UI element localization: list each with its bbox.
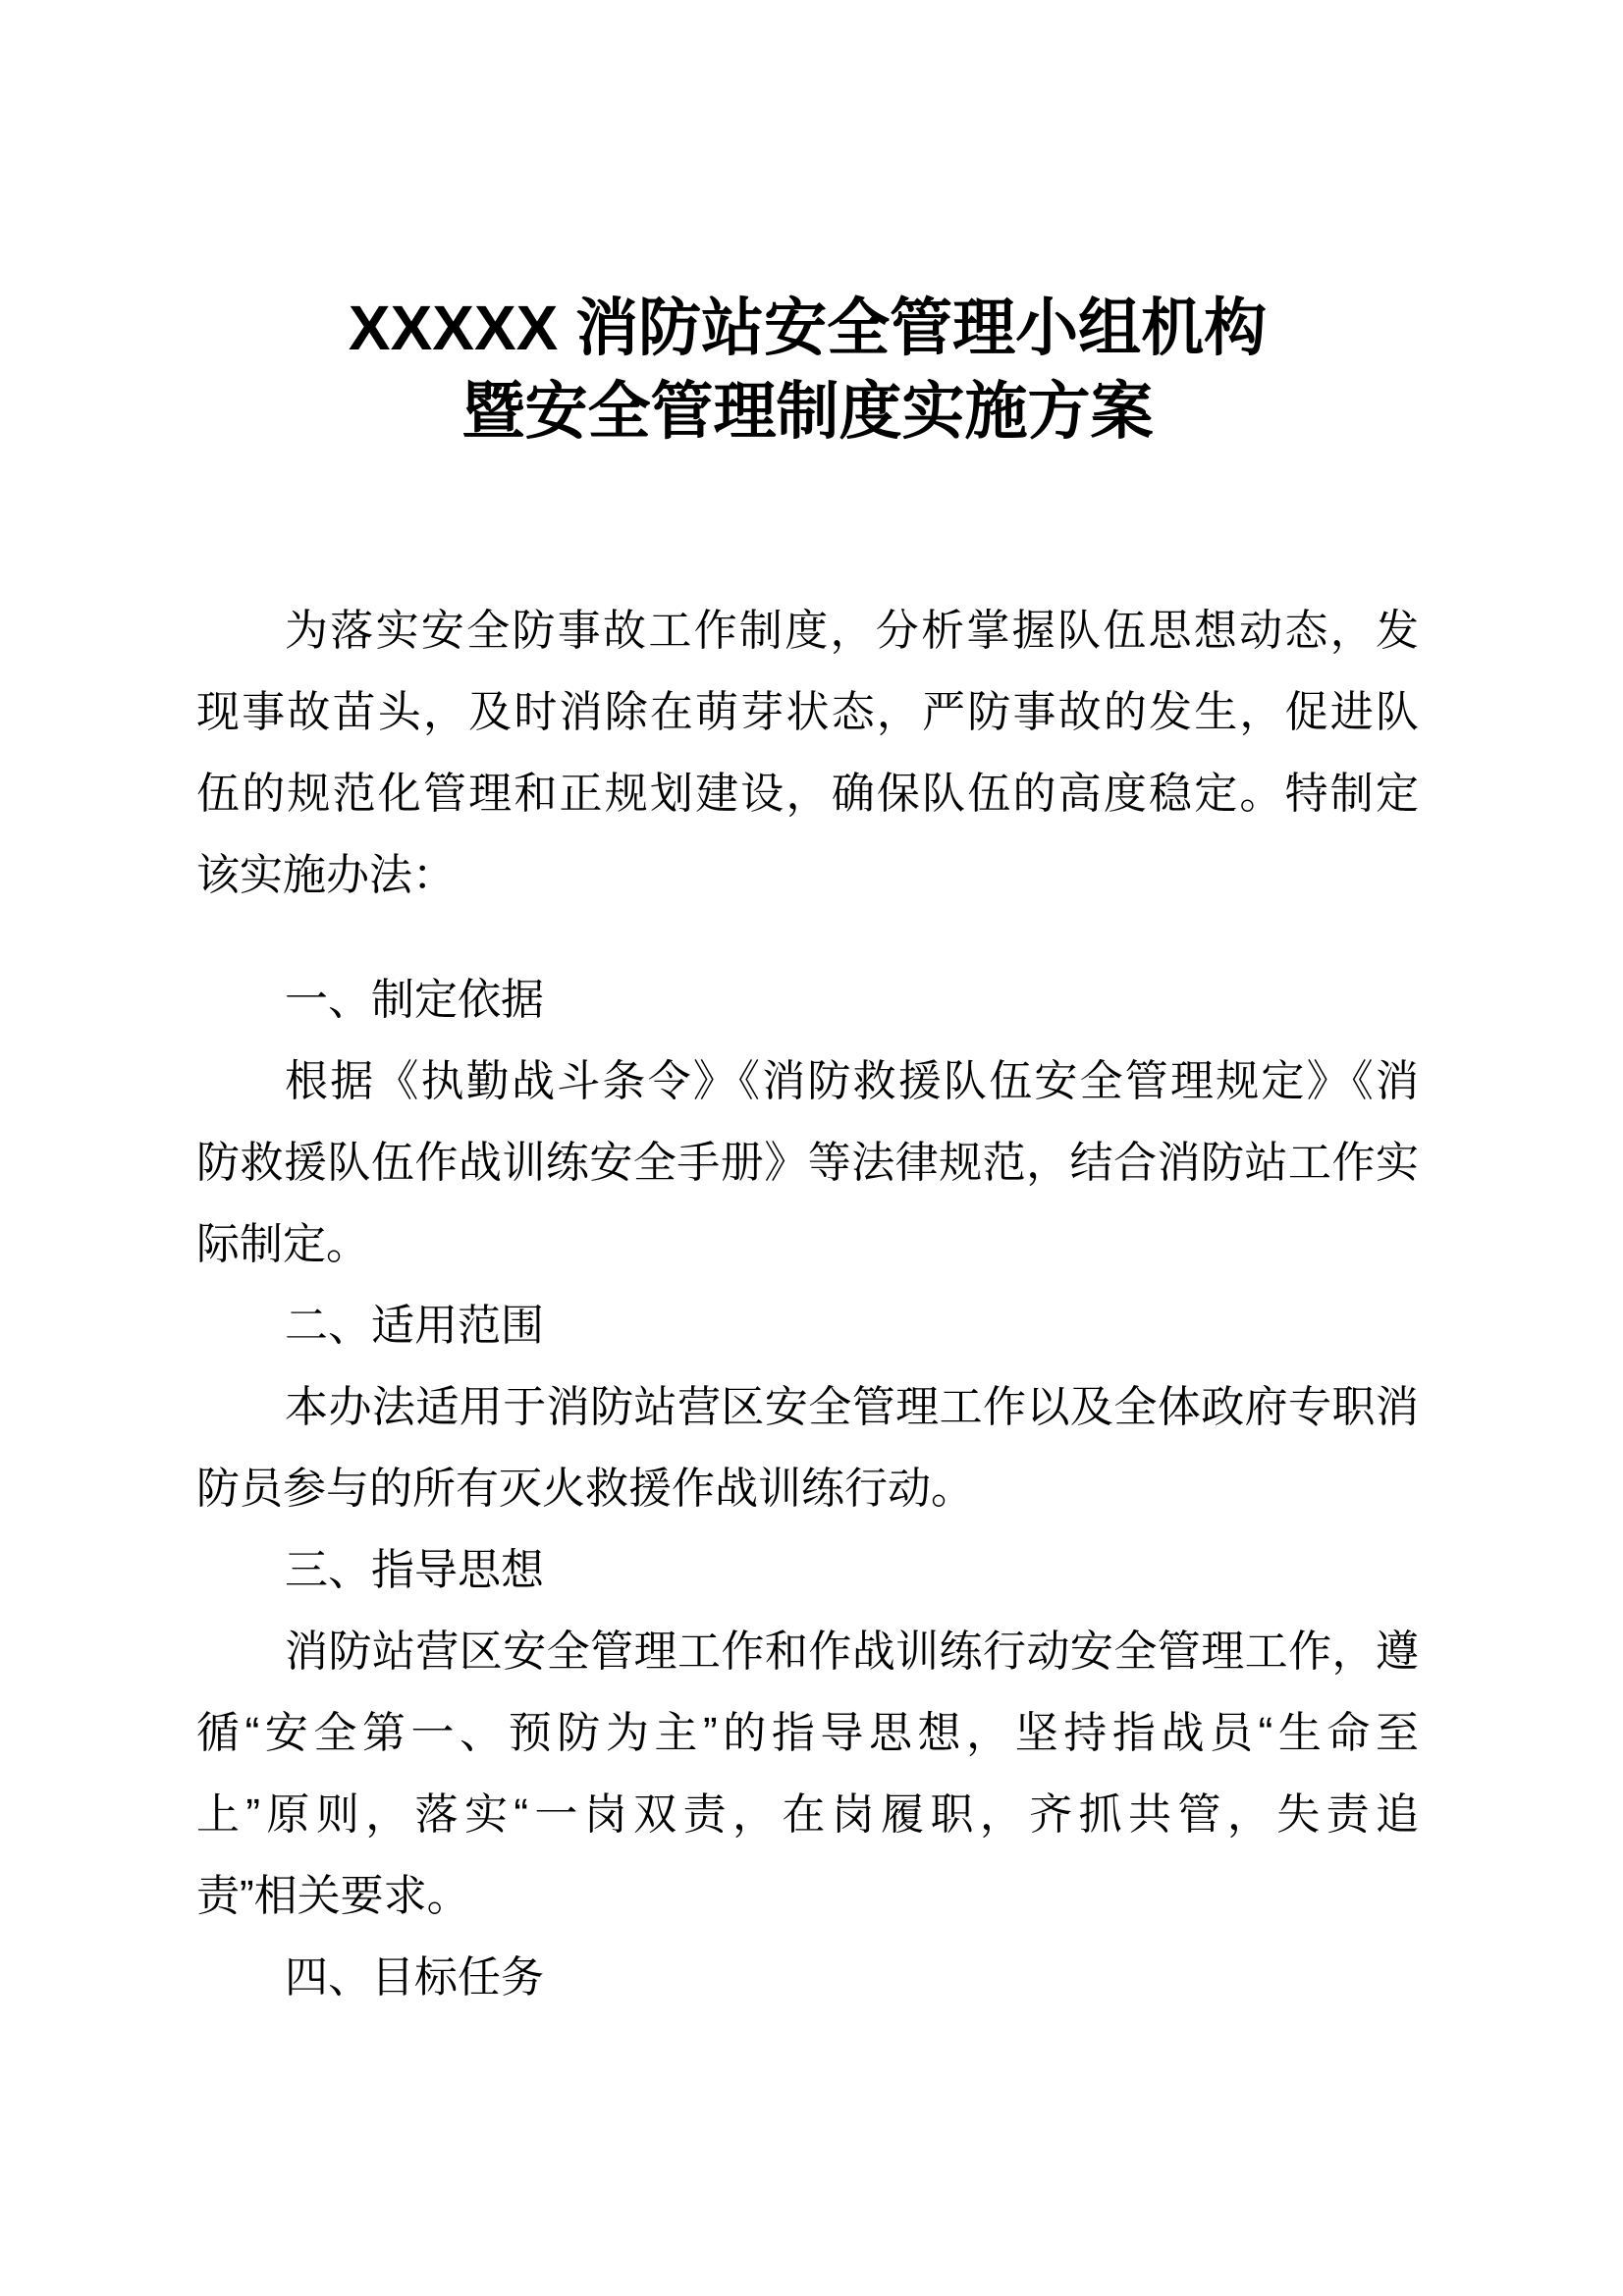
paragraph-line: 伍的规范化管理和正规划建设，确保队伍的高度稳定。特制定 bbox=[196, 753, 1419, 834]
paragraph-line: 根据《执勤战斗条令》《消防救援队伍安全管理规定》《消 bbox=[196, 1041, 1419, 1122]
paragraph-line: 上”原则，落实“一岗双责，在岗履职，齐抓共管，失责追 bbox=[196, 1774, 1419, 1855]
section-heading-3: 三、指导思想 bbox=[196, 1529, 1419, 1611]
paragraph-line: 为落实安全防事故工作制度，分析掌握队伍思想动态，发 bbox=[196, 590, 1419, 671]
document-page: XXXXX 消防站安全管理小组机构 暨安全管理制度实施方案 为落实安全防事故工作… bbox=[0, 0, 1623, 2296]
document-title: XXXXX 消防站安全管理小组机构 暨安全管理制度实施方案 bbox=[196, 287, 1419, 454]
section-heading-4: 四、目标任务 bbox=[196, 1937, 1419, 2018]
paragraph-intro: 为落实安全防事故工作制度，分析掌握队伍思想动态，发 现事故苗头，及时消除在萌芽状… bbox=[196, 590, 1419, 916]
paragraph-line: 防员参与的所有灭火救援作战训练行动。 bbox=[196, 1448, 1419, 1529]
paragraph-line: 该实施办法： bbox=[196, 834, 1419, 916]
paragraph-line: 循“安全第一、预防为主”的指导思想，坚持指战员“生命至 bbox=[196, 1692, 1419, 1774]
paragraph-line: 际制定。 bbox=[196, 1203, 1419, 1285]
section-heading-2: 二、适用范围 bbox=[196, 1285, 1419, 1366]
document-content: 为落实安全防事故工作制度，分析掌握队伍思想动态，发 现事故苗头，及时消除在萌芽状… bbox=[196, 590, 1419, 2018]
paragraph-line: 消防站营区安全管理工作和作战训练行动安全管理工作，遵 bbox=[196, 1611, 1419, 1692]
paragraph-line: 防救援队伍作战训练安全手册》等法律规范，结合消防站工作实 bbox=[196, 1122, 1419, 1203]
title-line-2: 暨安全管理制度实施方案 bbox=[196, 370, 1419, 454]
paragraph-line: 责”相关要求。 bbox=[196, 1855, 1419, 1937]
paragraph-line: 现事故苗头，及时消除在萌芽状态，严防事故的发生，促进队 bbox=[196, 671, 1419, 753]
paragraph-section-1: 根据《执勤战斗条令》《消防救援队伍安全管理规定》《消 防救援队伍作战训练安全手册… bbox=[196, 1041, 1419, 1285]
paragraph-section-3: 消防站营区安全管理工作和作战训练行动安全管理工作，遵 循“安全第一、预防为主”的… bbox=[196, 1611, 1419, 1937]
title-line-1: XXXXX 消防站安全管理小组机构 bbox=[196, 287, 1419, 370]
paragraph-line: 本办法适用于消防站营区安全管理工作以及全体政府专职消 bbox=[196, 1366, 1419, 1448]
paragraph-section-2: 本办法适用于消防站营区安全管理工作以及全体政府专职消 防员参与的所有灭火救援作战… bbox=[196, 1366, 1419, 1529]
document-body: XXXXX 消防站安全管理小组机构 暨安全管理制度实施方案 为落实安全防事故工作… bbox=[196, 0, 1419, 2018]
section-heading-1: 一、制定依据 bbox=[196, 959, 1419, 1041]
